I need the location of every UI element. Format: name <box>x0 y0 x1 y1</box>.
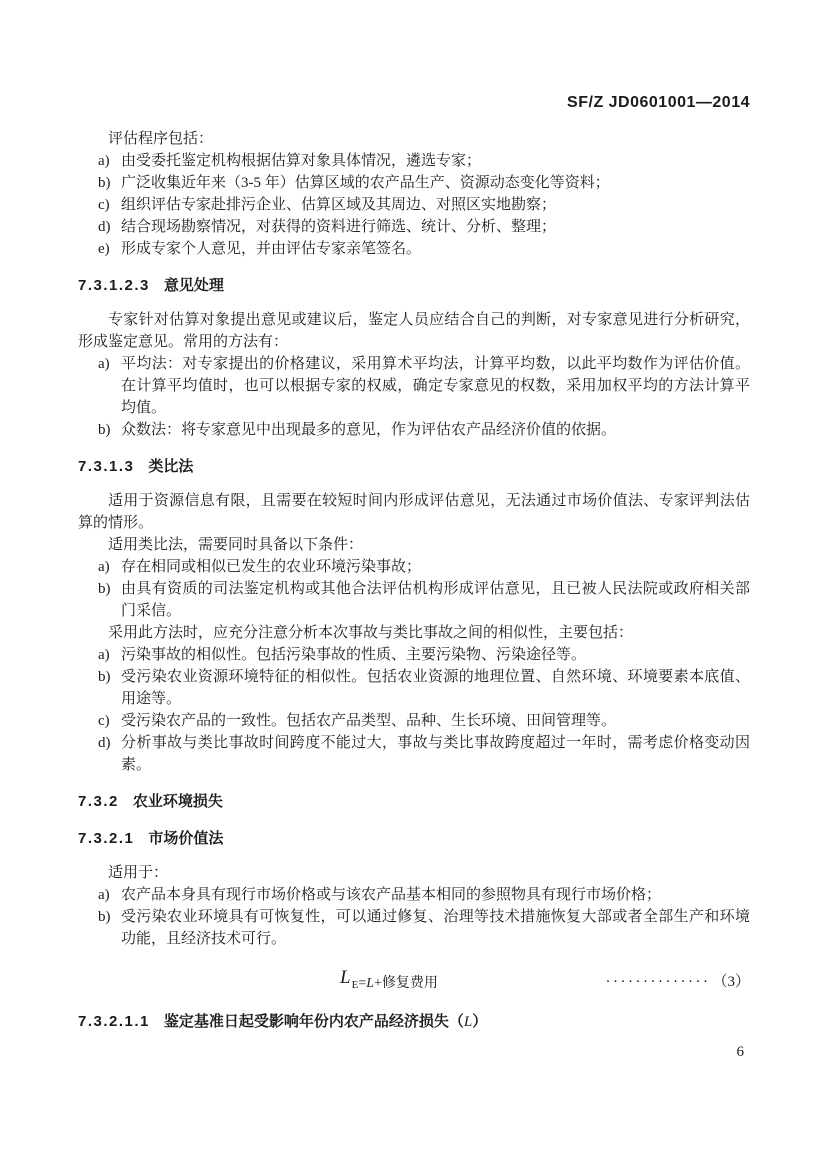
list-item-text: 受污染农产品的一致性。包括农产品类型、品种、生长环境、田间管理等。 <box>121 710 750 732</box>
list-item: c) 组织评估专家赴排污企业、估算区域及其周边、对照区实地勘察； <box>78 194 750 216</box>
paragraph-similarity-lead: 采用此方法时，应充分注意分析本次事故与类比事故之间的相似性，主要包括： <box>78 622 750 644</box>
section-number: 7.3.2.1.1 <box>78 1013 150 1030</box>
list-similarity-aspects: a) 污染事故的相似性。包括污染事故的性质、主要污染物、污染途径等。 b) 受污… <box>78 644 750 776</box>
list-item: d) 结合现场勘察情况，对获得的资料进行筛选、统计、分析、整理； <box>78 216 750 238</box>
formula-rhs: =L+修复费用 <box>358 976 438 991</box>
section-number: 7.3.1.2.3 <box>78 277 150 294</box>
list-item: a) 污染事故的相似性。包括污染事故的性质、主要污染物、污染途径等。 <box>78 644 750 666</box>
list-item: a) 存在相同或相似已发生的农业环境污染事故； <box>78 556 750 578</box>
formula-rhs-symbol: L <box>366 976 374 991</box>
section-title: 市场价值法 <box>148 830 223 847</box>
list-marker: d) <box>98 216 121 238</box>
section-number: 7.3.2.1 <box>78 830 134 847</box>
list-item: a) 由受委托鉴定机构根据估算对象具体情况，遴选专家； <box>78 150 750 172</box>
list-marker: a) <box>98 353 121 419</box>
list-item-text: 组织评估专家赴排污企业、估算区域及其周边、对照区实地勘察； <box>121 194 750 216</box>
section-title: 类比法 <box>148 458 193 475</box>
formula-number: （3） <box>712 971 750 993</box>
paragraph-opinion: 专家针对估算对象提出意见或建议后，鉴定人员应结合自己的判断，对专家意见进行分析研… <box>78 309 750 353</box>
paragraph-analogy-scope: 适用于资源信息有限，且需要在较短时间内形成评估意见，无法通过市场价值法、专家评判… <box>78 490 750 534</box>
section-title-close: ） <box>472 1013 487 1030</box>
list-item-text: 由受委托鉴定机构根据估算对象具体情况，遴选专家； <box>121 150 750 172</box>
list-marker: b) <box>98 578 121 622</box>
list-marker: c) <box>98 194 121 216</box>
paragraph-intro-lead: 评估程序包括： <box>78 128 750 150</box>
list-item-text: 平均法：对专家提出的价格建议，采用算术平均法，计算平均数，以此平均数作为评估价值… <box>121 353 750 419</box>
list-item: e) 形成专家个人意见，并由评估专家亲笔签名。 <box>78 238 750 260</box>
list-item: b) 受污染农业环境具有可恢复性，可以通过修复、治理等技术措施恢复大部或者全部生… <box>78 906 750 950</box>
section-title: 鉴定基准日起受影响年份内农产品经济损失（L） <box>164 1013 487 1030</box>
list-item-text: 农产品本身具有现行市场价格或与该农产品基本相同的参照物具有现行市场价格； <box>121 884 750 906</box>
list-item: a) 平均法：对专家提出的价格建议，采用算术平均法，计算平均数，以此平均数作为评… <box>78 353 750 419</box>
document-header: SF/Z JD0601001—2014 <box>78 94 750 112</box>
list-item-text: 形成专家个人意见，并由评估专家亲笔签名。 <box>121 238 750 260</box>
list-marker: b) <box>98 666 121 710</box>
section-title: 农业环境损失 <box>133 793 223 810</box>
page-number: 6 <box>737 1041 745 1063</box>
section-heading-analogy-method: 7.3.1.3类比法 <box>78 456 750 478</box>
list-marker: b) <box>98 906 121 950</box>
document-page: SF/Z JD0601001—2014 评估程序包括： a) 由受委托鉴定机构根… <box>0 0 827 1169</box>
formula-leader-dots: ·············· <box>606 971 711 993</box>
list-item-text: 分析事故与类比事故时间跨度不能过大，事故与类比事故跨度超过一年时，需考虑价格变动… <box>121 732 750 776</box>
list-marker: a) <box>98 556 121 578</box>
paragraph-market-lead: 适用于： <box>78 862 750 884</box>
list-marker: a) <box>98 644 121 666</box>
section-number: 7.3.2 <box>78 793 119 810</box>
formula-expression: LE=L+修复费用 <box>340 967 438 996</box>
list-marker: c) <box>98 710 121 732</box>
list-analogy-conditions: a) 存在相同或相似已发生的农业环境污染事故； b) 由具有资质的司法鉴定机构或… <box>78 556 750 622</box>
list-evaluation-procedure: a) 由受委托鉴定机构根据估算对象具体情况，遴选专家； b) 广泛收集近年来（3… <box>78 150 750 260</box>
list-item: b) 众数法：将专家意见中出现最多的意见，作为评估农产品经济价值的依据。 <box>78 419 750 441</box>
list-marker: e) <box>98 238 121 260</box>
list-item-text: 广泛收集近年来（3-5 年）估算区域的农产品生产、资源动态变化等资料； <box>121 172 750 194</box>
section-number: 7.3.1.3 <box>78 458 134 475</box>
list-marker: a) <box>98 884 121 906</box>
list-item: a) 农产品本身具有现行市场价格或与该农产品基本相同的参照物具有现行市场价格； <box>78 884 750 906</box>
list-item: b) 受污染农业资源环境特征的相似性。包括农业资源的地理位置、自然环境、环境要素… <box>78 666 750 710</box>
list-item: d) 分析事故与类比事故时间跨度不能过大，事故与类比事故跨度超过一年时，需考虑价… <box>78 732 750 776</box>
list-item-text: 受污染农业环境具有可恢复性，可以通过修复、治理等技术措施恢复大部或者全部生产和环… <box>121 906 750 950</box>
formula-lhs-symbol: L <box>340 967 351 988</box>
list-item: b) 由具有资质的司法鉴定机构或其他合法评估机构形成评估意见，且已被人民法院或政… <box>78 578 750 622</box>
list-item-text: 由具有资质的司法鉴定机构或其他合法评估机构形成评估意见，且已被人民法院或政府相关… <box>121 578 750 622</box>
formula-rhs-text: +修复费用 <box>374 976 438 991</box>
list-item: b) 广泛收集近年来（3-5 年）估算区域的农产品生产、资源动态变化等资料； <box>78 172 750 194</box>
list-item-text: 存在相同或相似已发生的农业环境污染事故； <box>121 556 750 578</box>
list-item-text: 结合现场勘察情况，对获得的资料进行筛选、统计、分析、整理； <box>121 216 750 238</box>
section-heading-agri-environment-loss: 7.3.2农业环境损失 <box>78 791 750 813</box>
list-item-text: 众数法：将专家意见中出现最多的意见，作为评估农产品经济价值的依据。 <box>121 419 750 441</box>
section-heading-economic-loss-l: 7.3.2.1.1鉴定基准日起受影响年份内农产品经济损失（L） <box>78 1011 750 1033</box>
section-heading-opinion-handling: 7.3.1.2.3意见处理 <box>78 275 750 297</box>
list-marker: d) <box>98 732 121 776</box>
doc-number: SF/Z JD0601001—2014 <box>567 94 750 111</box>
paragraph-analogy-conditions-lead: 适用类比法，需要同时具备以下条件： <box>78 534 750 556</box>
list-marker: b) <box>98 419 121 441</box>
formula-3: LE=L+修复费用 ·············· （3） <box>78 967 750 996</box>
list-item-text: 污染事故的相似性。包括污染事故的性质、主要污染物、污染途径等。 <box>121 644 750 666</box>
section-heading-market-value-method: 7.3.2.1市场价值法 <box>78 828 750 850</box>
list-marker: a) <box>98 150 121 172</box>
loss-symbol: L <box>464 1014 472 1030</box>
list-market-conditions: a) 农产品本身具有现行市场价格或与该农产品基本相同的参照物具有现行市场价格； … <box>78 884 750 950</box>
section-title-text: 鉴定基准日起受影响年份内农产品经济损失（ <box>164 1013 464 1030</box>
section-title: 意见处理 <box>164 277 224 294</box>
list-marker: b) <box>98 172 121 194</box>
list-opinion-methods: a) 平均法：对专家提出的价格建议，采用算术平均法，计算平均数，以此平均数作为评… <box>78 353 750 441</box>
list-item: c) 受污染农产品的一致性。包括农产品类型、品种、生长环境、田间管理等。 <box>78 710 750 732</box>
list-item-text: 受污染农业资源环境特征的相似性。包括农业资源的地理位置、自然环境、环境要素本底值… <box>121 666 750 710</box>
